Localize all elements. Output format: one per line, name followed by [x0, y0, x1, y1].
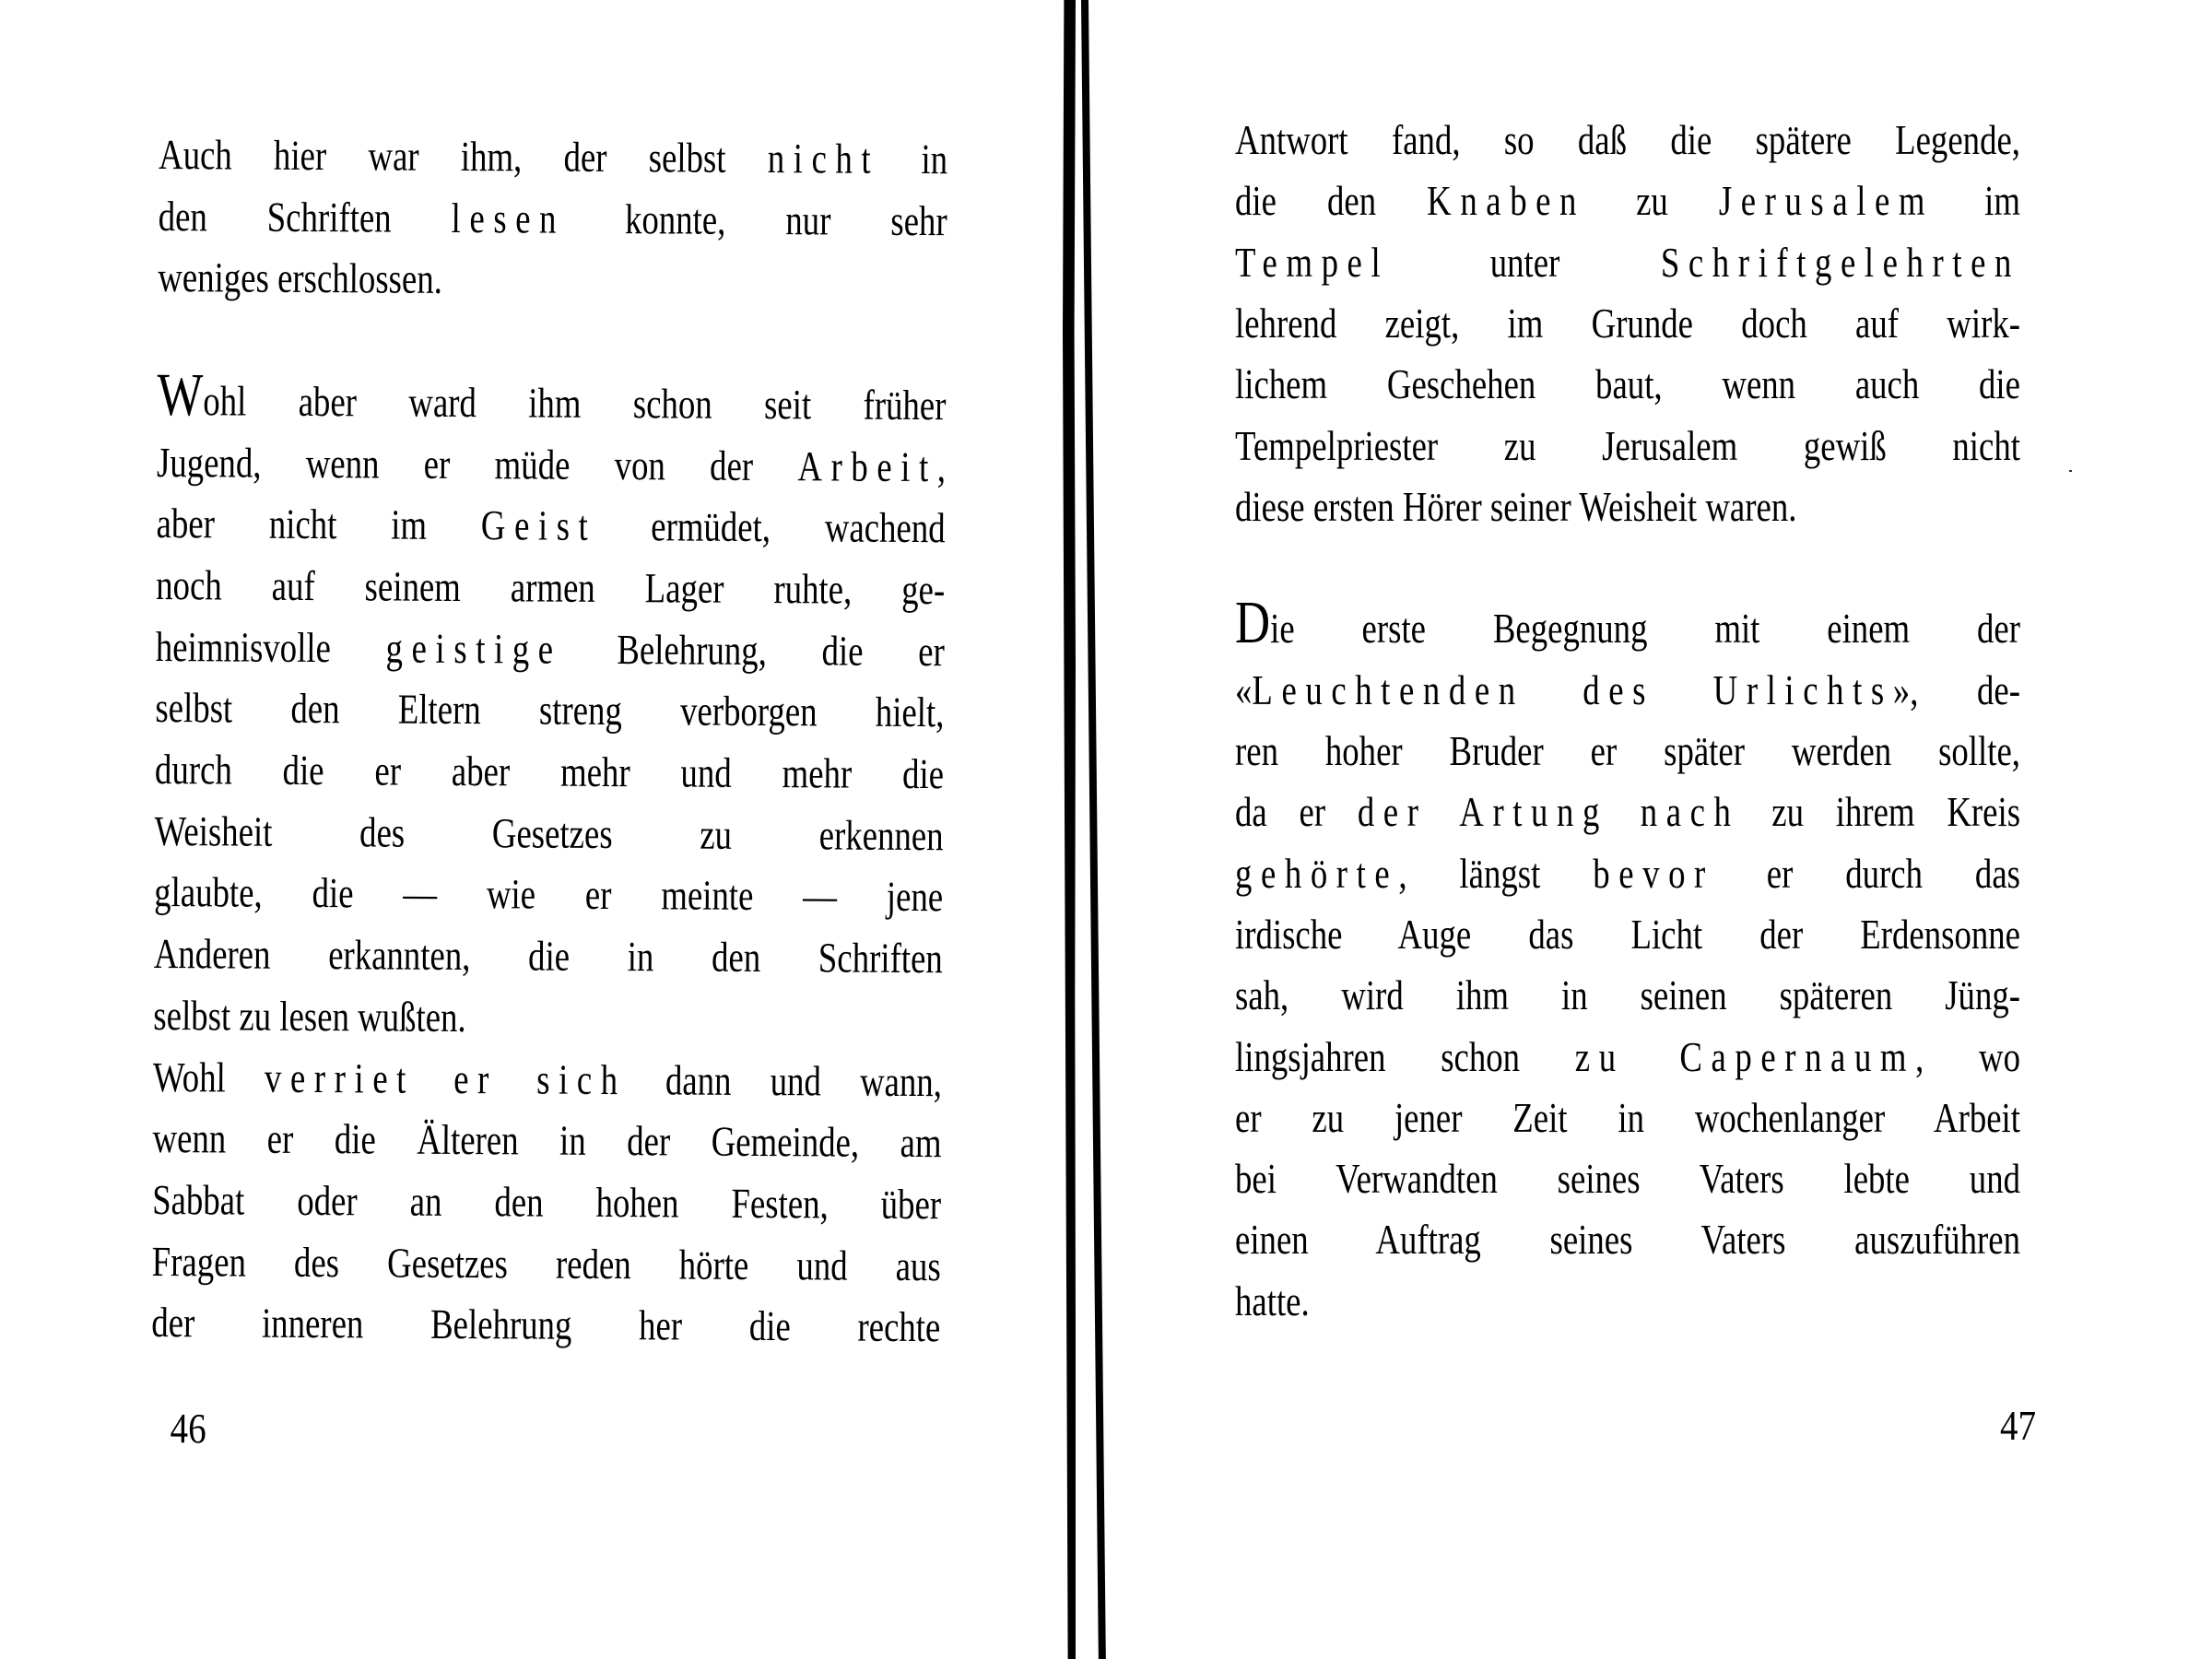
right-page: Antwort fand, so daß die spätere Legende… — [1101, 0, 2212, 1659]
text-line: Wohl aber ward ihm schon seit früher — [157, 371, 946, 436]
emphasized-word: Urlichts — [1713, 666, 1893, 713]
text-line: Tempelpriester zu Jerusalem gewiß nicht — [1235, 416, 2020, 477]
emphasized-word: Artung — [1459, 788, 1608, 835]
emphasized-word: zu — [1575, 1033, 1625, 1080]
text-line: durch die er aber mehr und mehr die — [155, 739, 944, 805]
page-number-right: 47 — [2000, 1405, 2036, 1447]
emphasized-word: des — [1583, 666, 1654, 713]
text-line: da er der Artung nach zu ihrem Kreis — [1235, 782, 2020, 842]
book-spine-shadow — [1063, 0, 1076, 1659]
emphasized-word: Leuchtenden — [1252, 666, 1524, 713]
text-line: Weisheit des Gesetzes zu erkennen — [154, 801, 943, 866]
text-line: lingsjahren schon zu Capernaum, wo — [1235, 1027, 2020, 1088]
left-page-text: Auch hier war ihm, der selbst nicht inde… — [1, 0, 1061, 6]
emphasized-word: Capernaum — [1679, 1033, 1915, 1080]
page-number-left: 46 — [171, 1407, 206, 1450]
text-line: glaubte, die — wie er meinte — jene — [154, 862, 943, 927]
text-line: wenn er die Älteren in der Gemeinde, am — [152, 1108, 941, 1173]
text-line: Antwort fand, so daß die spätere Legende… — [1235, 110, 2020, 171]
text-line: weniges erschlossen. — [158, 247, 947, 312]
text-line: bei Verwandten seines Vaters lebte und — [1235, 1148, 2020, 1209]
text-line: lichem Geschehen baut, wenn auch die — [1235, 354, 2020, 415]
text-line: irdische Auge das Licht der Erdensonne — [1235, 904, 2020, 965]
emphasized-word: Geist — [481, 501, 597, 549]
emphasized-word: verriet — [265, 1053, 415, 1101]
text-line: den Schriften lesen konnte, nur sehr — [158, 186, 947, 252]
emphasized-word: er — [453, 1054, 498, 1101]
emphasized-word: Knaben — [1427, 177, 1585, 224]
emphasized-word: geistige — [385, 624, 561, 672]
emphasized-word: Schriftgelehrten — [1661, 239, 2020, 286]
text-line: sah, wird ihm in seinen späteren Jüng- — [1235, 965, 2020, 1026]
text-line: noch auf seinem armen Lager ruhte, ge- — [156, 555, 945, 620]
text-line: ren hoher Bruder er später werden sollte… — [1235, 721, 2020, 782]
drop-initial: W — [157, 361, 203, 429]
emphasized-word: nach — [1641, 788, 1740, 835]
text-line: diese ersten Hörer seiner Weisheit waren… — [1235, 477, 2020, 537]
emphasized-word: lesen — [451, 194, 565, 242]
text-line: die den Knaben zu Jerusalem im — [1235, 171, 2020, 231]
emphasized-word: Tempel — [1235, 239, 1389, 286]
text-line: Jugend, wenn er müde von der Arbeit, — [157, 431, 946, 497]
text-line: Fragen des Gesetzes reden hörte und aus — [152, 1231, 941, 1297]
left-page: Auch hier war ihm, der selbst nicht inde… — [0, 0, 1061, 1659]
emphasized-word: bevor — [1593, 850, 1714, 897]
text-line: selbst den Eltern streng verborgen hielt… — [155, 677, 944, 743]
emphasized-word: der — [1358, 788, 1428, 835]
text-line: Die erste Begegnung mit einem der — [1235, 598, 2020, 659]
emphasized-word: Arbeit — [797, 442, 937, 490]
text-line: gehörte, längst bevor er durch das — [1235, 843, 2020, 904]
emphasized-word: Jerusalem — [1719, 177, 1934, 224]
scan-speck — [2069, 470, 2072, 472]
emphasized-word: gehörte — [1235, 850, 1398, 897]
text-line: aber nicht im Geist ermüdet, wachend — [156, 493, 945, 559]
text-line: Auch hier war ihm, der selbst nicht in — [159, 124, 947, 190]
text-line: selbst zu lesen wußten. — [153, 985, 942, 1051]
text-line: Wohl verriet er sich dann und wann, — [153, 1046, 942, 1112]
text-line: lehrend zeigt, im Grunde doch auf wirk- — [1235, 293, 2020, 354]
text-line: er zu jener Zeit in wochenlanger Arbeit — [1235, 1088, 2020, 1148]
text-line: heimnisvolle geistige Belehrung, die er — [156, 617, 945, 682]
text-line: Anderen erkannten, die in den Schriften — [154, 924, 943, 989]
text-line: hatte. — [1235, 1271, 2020, 1332]
text-line: «Leuchtenden des Urlichts», de- — [1235, 660, 2020, 721]
text-line: Tempel unter Schriftgelehrten — [1235, 232, 2020, 293]
text-line: einen Auftrag seines Vaters auszuführen — [1235, 1209, 2020, 1270]
drop-initial: D — [1235, 589, 1270, 656]
text-line: Sabbat oder an den hohen Festen, über — [152, 1170, 941, 1235]
emphasized-word: sich — [536, 1055, 627, 1103]
text-line: der inneren Belehrung her die rechte — [151, 1292, 940, 1358]
emphasized-word: nicht — [768, 135, 880, 182]
